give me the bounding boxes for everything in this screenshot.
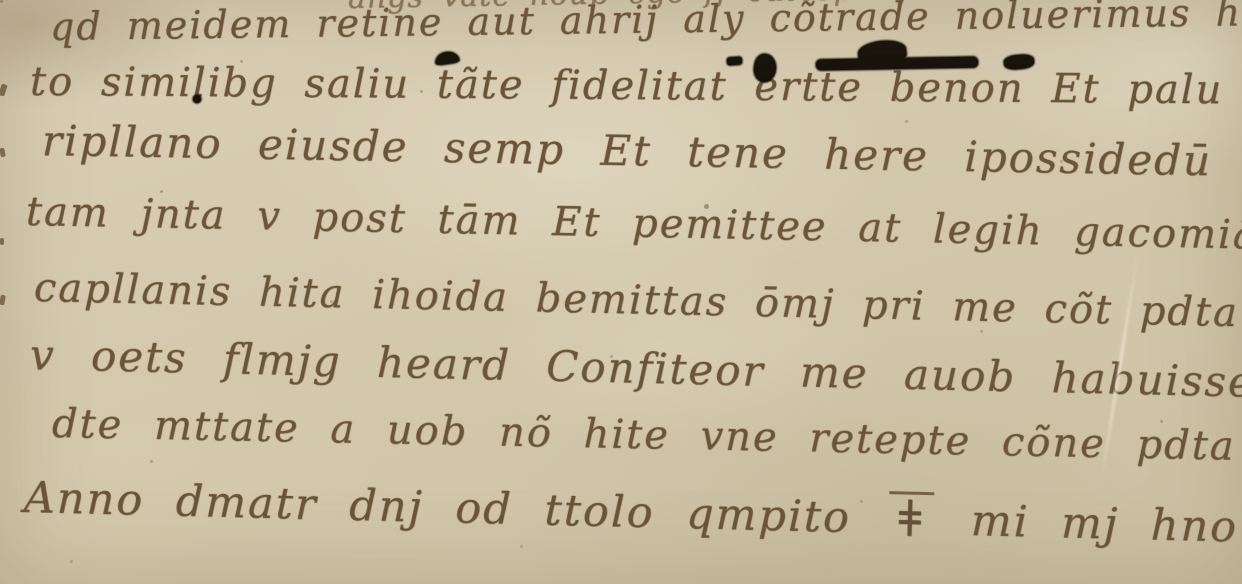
notarial-mark-icon: ǂ [888, 491, 934, 545]
line-8-text-left: Anno dmatr dnj od ttolo qmpito [23, 473, 851, 543]
manuscript-line-2: to similibg saliu tãte fidelitat ertte b… [30, 62, 1224, 110]
ink-blot [193, 95, 201, 103]
edge-ink-mark [0, 238, 4, 245]
manuscript-line-1: qd meidem retine aut ahrij aly cõtrade n… [50, 0, 1242, 46]
manuscript-line-4: tam jnta v post tām Et pemittee at legih… [26, 192, 1242, 256]
manuscript-line-5: capllanis hita ihoida bemittas ōmj pri m… [34, 268, 1240, 333]
manuscript-line-6: v oets flmjg heard Confiteor me auob hab… [30, 334, 1242, 404]
manuscript-line-7: dte mttate a uob nõ hite vne retepte cõn… [52, 404, 1236, 467]
manuscript-line-3: ripllano eiusde semp Et tene here ipossi… [42, 120, 1242, 184]
manuscript-line-8: Anno dmatr dnj od ttolo qmpito ǂ mi mj h… [23, 468, 1238, 550]
edge-ink-mark [0, 83, 8, 96]
edge-ink-mark [0, 295, 6, 306]
ink-blot [727, 56, 743, 65]
edge-ink-mark [0, 148, 6, 158]
line-8-text-right: mi mj hno [970, 496, 1238, 553]
manuscript-page: angs vate noup ego ff cutespis fmei qd m… [0, 0, 1242, 584]
parchment-speckles [0, 0, 3, 3]
